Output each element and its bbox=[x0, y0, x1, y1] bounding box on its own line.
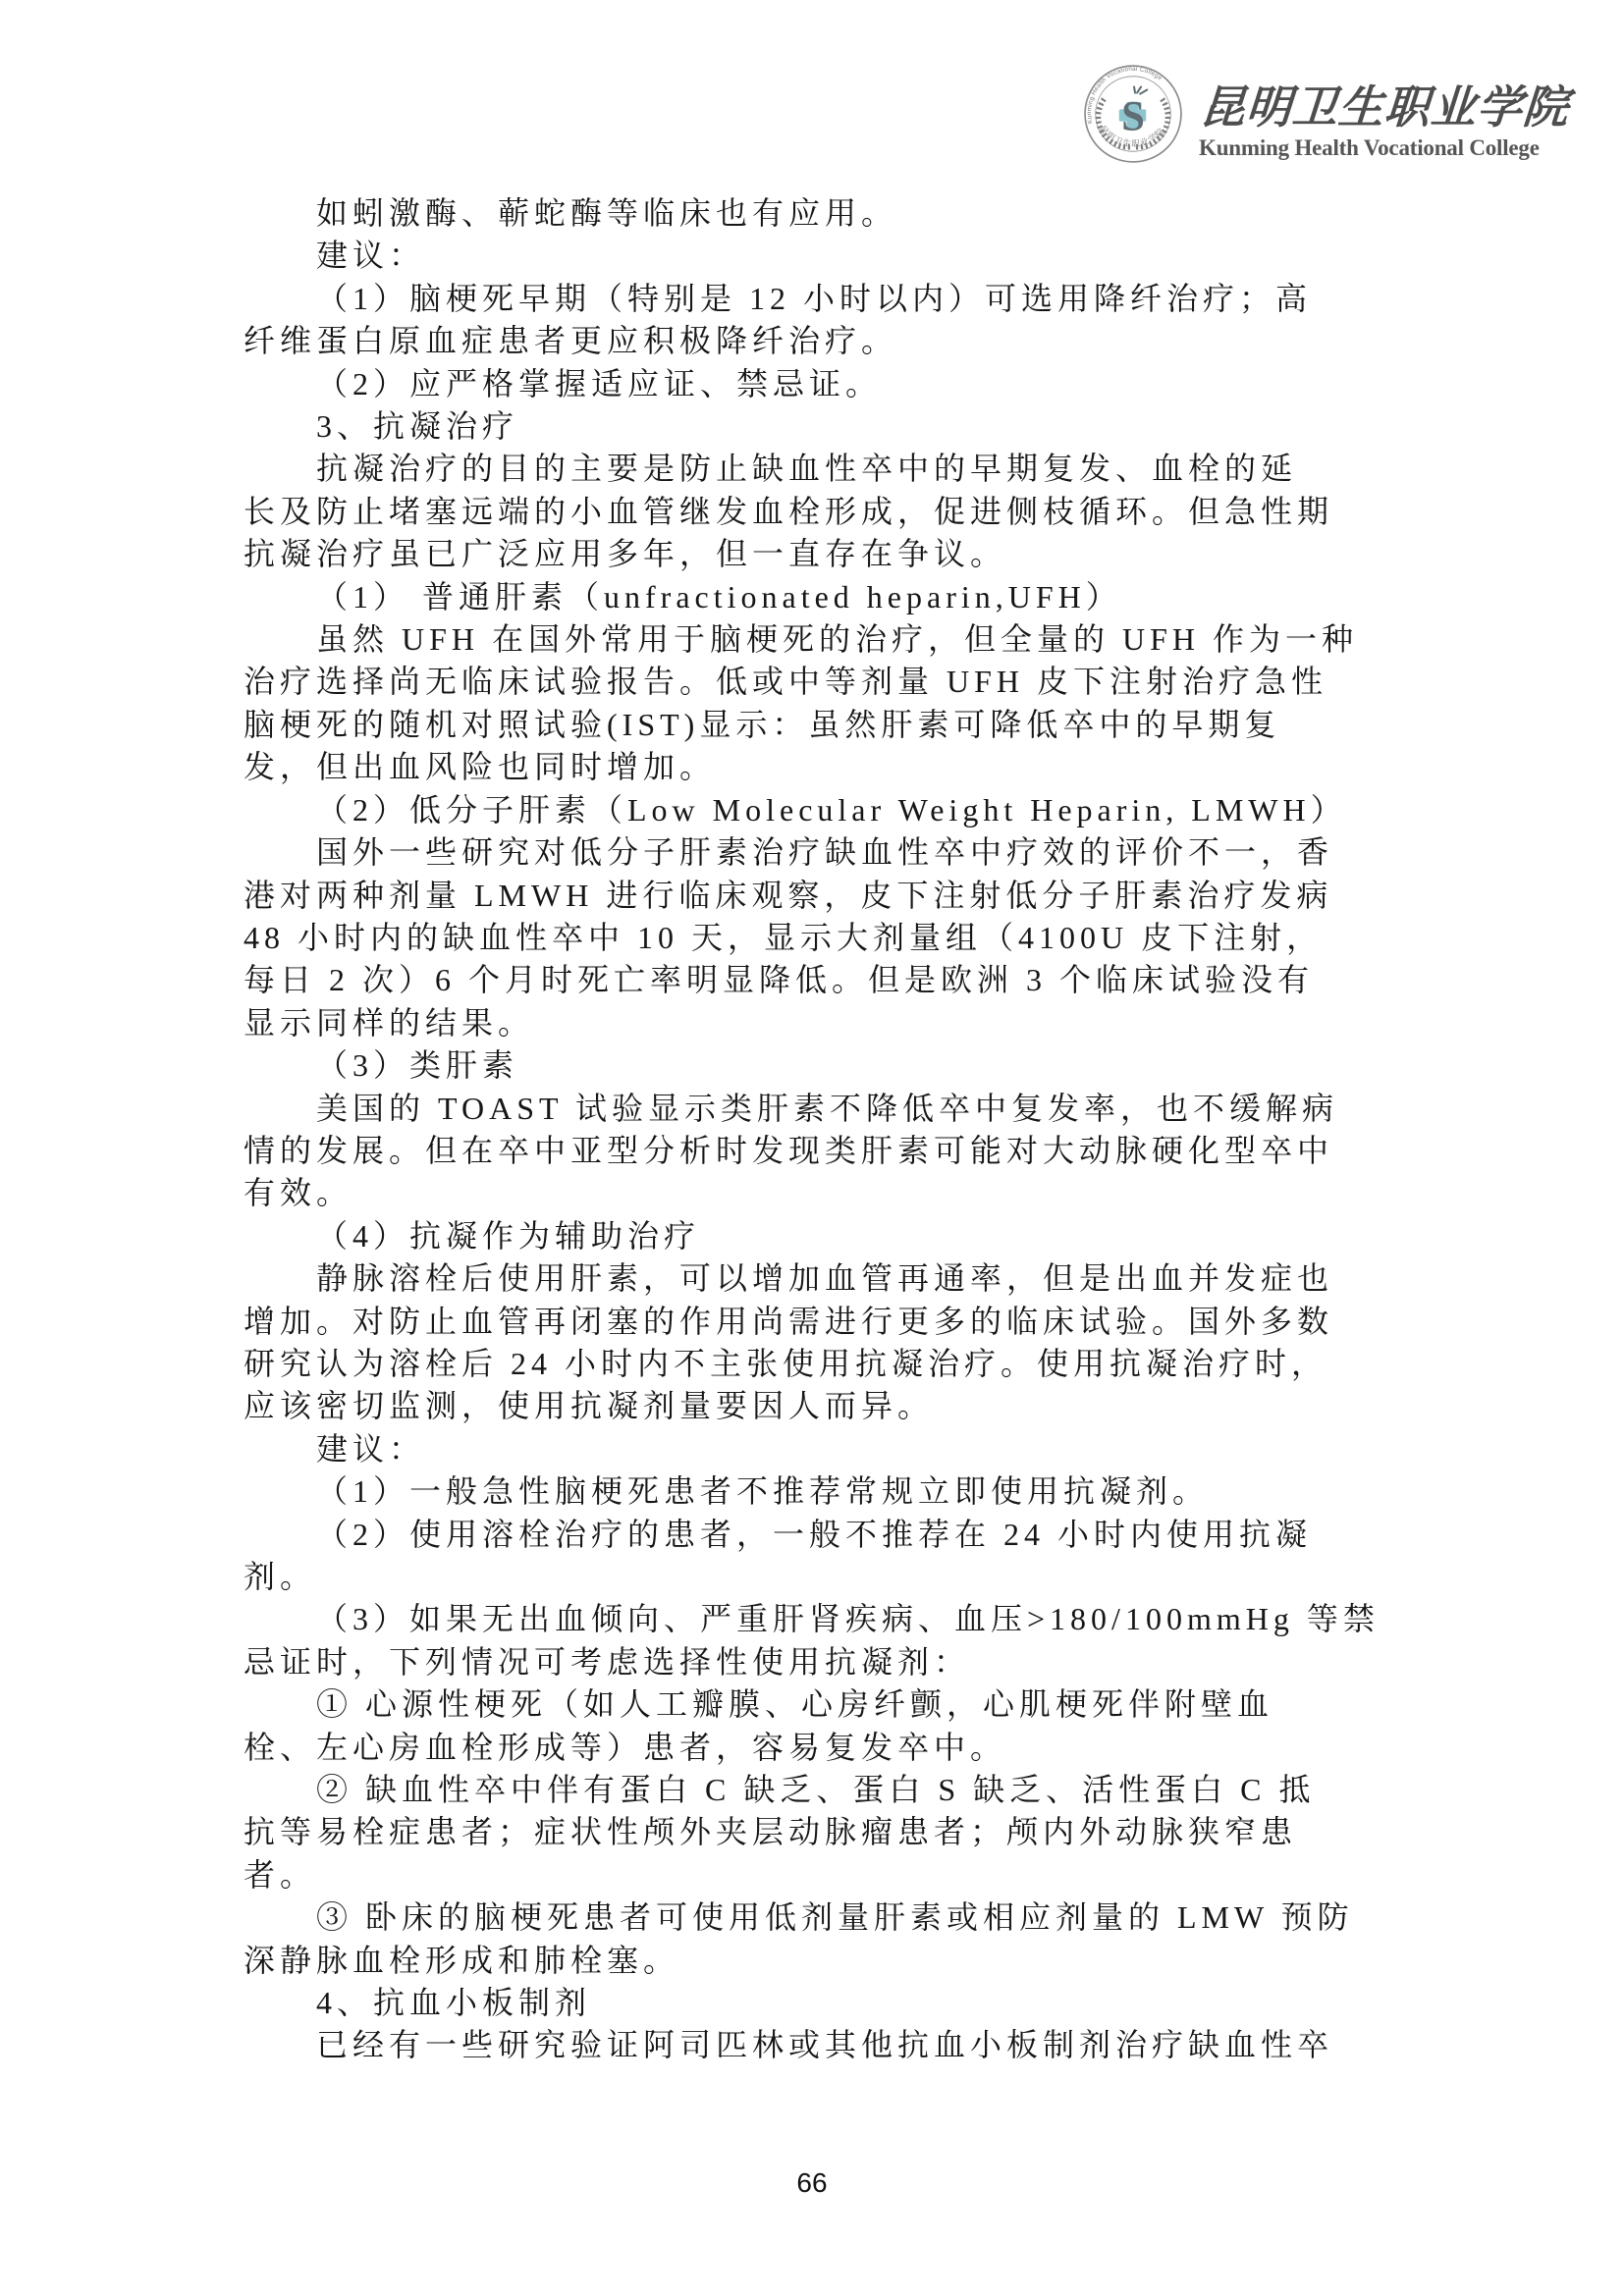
text-line: 48 小时内的缺血性卒中 10 天，显示大剂量组（4100U 皮下注射， bbox=[244, 917, 1392, 959]
text-line: （3）类肝素 bbox=[244, 1044, 1392, 1087]
text-line: 抗凝治疗的目的主要是防止缺血性卒中的早期复发、血栓的延 bbox=[244, 448, 1392, 490]
text-line: 剂。 bbox=[244, 1556, 1392, 1598]
page-number: 66 bbox=[0, 2167, 1624, 2199]
text-line: 抗凝治疗虽已广泛应用多年，但一直存在争议。 bbox=[244, 533, 1392, 575]
text-line: 脑梗死的随机对照试验(IST)显示：虽然肝素可降低卒中的早期复 bbox=[244, 704, 1392, 746]
college-name-en: Kunming Health Vocational College bbox=[1199, 135, 1592, 161]
text-line: 增加。对防止血管再闭塞的作用尚需进行更多的临床试验。国外多数 bbox=[244, 1301, 1392, 1343]
text-line: 研究认为溶栓后 24 小时内不主张使用抗凝治疗。使用抗凝治疗时， bbox=[244, 1343, 1392, 1385]
text-line: 忌证时，下列情况可考虑选择性使用抗凝剂： bbox=[244, 1641, 1392, 1683]
text-line: 港对两种剂量 LMWH 进行临床观察，皮下注射低分子肝素治疗发病 bbox=[244, 875, 1392, 917]
text-line: （2）使用溶栓治疗的患者，一般不推荐在 24 小时内使用抗凝 bbox=[244, 1514, 1392, 1556]
svg-text:S: S bbox=[1121, 93, 1145, 139]
text-line: （1）一般急性脑梗死患者不推荐常规立即使用抗凝剂。 bbox=[244, 1470, 1392, 1513]
college-seal-icon: Kunming Health Vocational College 昆明卫生职业… bbox=[1083, 63, 1183, 165]
text-line: 者。 bbox=[244, 1854, 1392, 1896]
text-line: 长及防止堵塞远端的小血管继发血栓形成，促进侧枝循环。但急性期 bbox=[244, 491, 1392, 533]
document-page: Kunming Health Vocational College 昆明卫生职业… bbox=[0, 0, 1624, 2296]
text-line: ② 缺血性卒中伴有蛋白 C 缺乏、蛋白 S 缺乏、活性蛋白 C 抵 bbox=[244, 1769, 1392, 1811]
text-line: 栓、左心房血栓形成等）患者，容易复发卒中。 bbox=[244, 1727, 1392, 1769]
text-line: 静脉溶栓后使用肝素，可以增加血管再通率，但是出血并发症也 bbox=[244, 1257, 1392, 1300]
text-line: 治疗选择尚无临床试验报告。低或中等剂量 UFH 皮下注射治疗急性 bbox=[244, 661, 1392, 703]
text-line: 如蚓激酶、蕲蛇酶等临床也有应用。 bbox=[244, 192, 1392, 235]
text-line: ① 心源性梗死（如人工瓣膜、心房纤颤，心肌梗死伴附壁血 bbox=[244, 1683, 1392, 1726]
text-line: 深静脉血栓形成和肺栓塞。 bbox=[244, 1940, 1392, 1982]
text-line: 建议： bbox=[244, 1428, 1392, 1470]
text-line: 情的发展。但在卒中亚型分析时发现类肝素可能对大动脉硬化型卒中 bbox=[244, 1130, 1392, 1172]
letterhead: Kunming Health Vocational College 昆明卫生职业… bbox=[0, 0, 1624, 177]
text-line: 有效。 bbox=[244, 1172, 1392, 1214]
text-line: 4、抗血小板制剂 bbox=[244, 1982, 1392, 2024]
text-line: 虽然 UFH 在国外常用于脑梗死的治疗，但全量的 UFH 作为一种 bbox=[244, 618, 1392, 661]
text-line: 美国的 TOAST 试验显示类肝素不降低卒中复发率，也不缓解病 bbox=[244, 1088, 1392, 1130]
text-line: 应该密切监测，使用抗凝剂量要因人而异。 bbox=[244, 1385, 1392, 1427]
seal-dragon-icon: S bbox=[1121, 86, 1147, 139]
text-line: 抗等易栓症患者；症状性颅外夹层动脉瘤患者；颅内外动脉狭窄患 bbox=[244, 1811, 1392, 1853]
text-line: （3）如果无出血倾向、严重肝肾疾病、血压>180/100mmHg 等禁 bbox=[244, 1598, 1392, 1640]
text-line: （2）低分子肝素（Low Molecular Weight Heparin, L… bbox=[244, 789, 1392, 831]
text-line: （2）应严格掌握适应证、禁忌证。 bbox=[244, 363, 1392, 405]
document-body: 如蚓激酶、蕲蛇酶等临床也有应用。建议：（1）脑梗死早期（特别是 12 小时以内）… bbox=[244, 192, 1392, 2067]
college-name-zh: 昆明卫生职业学院 bbox=[1198, 79, 1575, 137]
text-line: （1） 普通肝素（unfractionated heparin,UFH） bbox=[244, 576, 1392, 618]
text-line: 3、抗凝治疗 bbox=[244, 405, 1392, 448]
text-line: 建议： bbox=[244, 235, 1392, 277]
text-line: 已经有一些研究验证阿司匹林或其他抗血小板制剂治疗缺血性卒 bbox=[244, 2024, 1392, 2066]
text-line: 每日 2 次）6 个月时死亡率明显降低。但是欧洲 3 个临床试验没有 bbox=[244, 959, 1392, 1001]
text-line: （4）抗凝作为辅助治疗 bbox=[244, 1215, 1392, 1257]
text-line: 发，但出血风险也同时增加。 bbox=[244, 746, 1392, 788]
text-line: ③ 卧床的脑梗死患者可使用低剂量肝素或相应剂量的 LMW 预防 bbox=[244, 1896, 1392, 1939]
text-line: 国外一些研究对低分子肝素治疗缺血性卒中疗效的评价不一，香 bbox=[244, 831, 1392, 874]
text-line: 显示同样的结果。 bbox=[244, 1002, 1392, 1044]
text-line: （1）脑梗死早期（特别是 12 小时以内）可选用降纤治疗；高 bbox=[244, 278, 1392, 320]
text-line: 纤维蛋白原血症患者更应积极降纤治疗。 bbox=[244, 320, 1392, 362]
